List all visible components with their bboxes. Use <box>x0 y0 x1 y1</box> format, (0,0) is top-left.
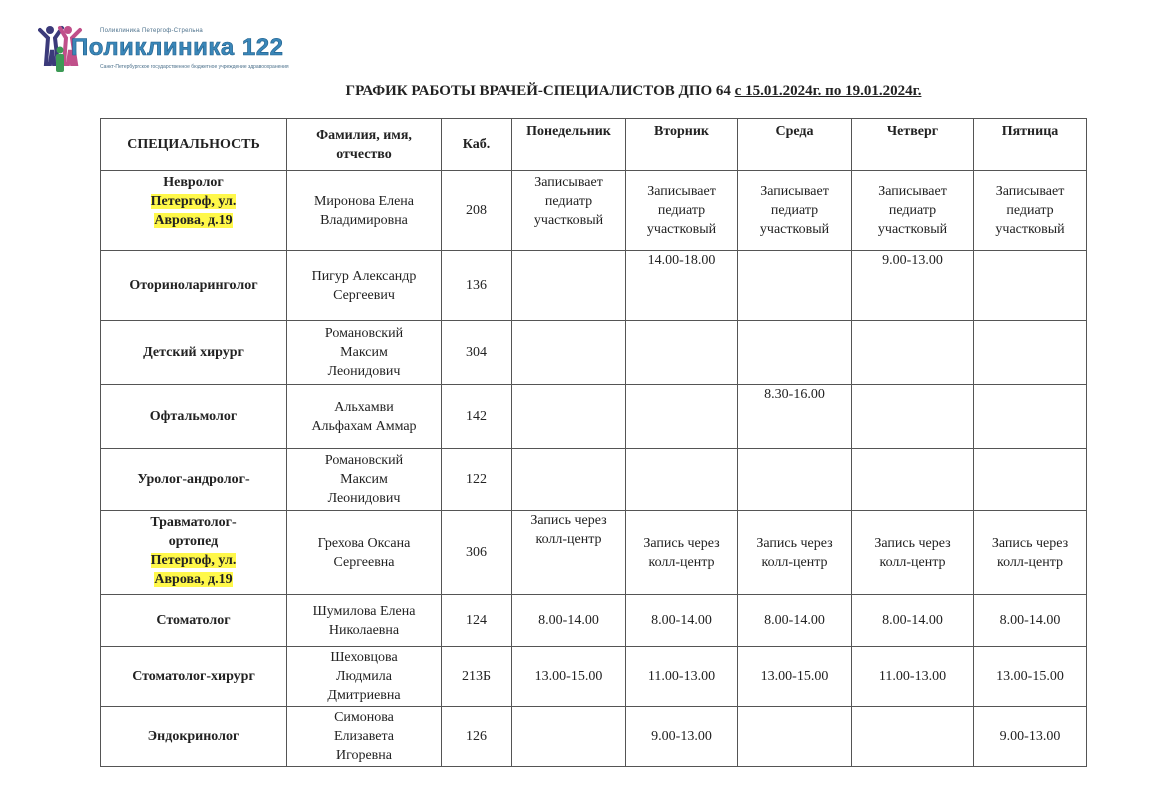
schedule-cell: 13.00-15.00 <box>512 647 626 707</box>
specialty-label: Уролог-андролог- <box>103 470 284 489</box>
table-row: Травматолог-ортопедПетергоф, ул. Аврова,… <box>101 511 1087 595</box>
schedule-cell: 11.00-13.00 <box>626 647 738 707</box>
column-header: Каб. <box>442 119 512 171</box>
schedule-cell <box>852 321 974 385</box>
doctor-name-cell: Романовский Максим Леонидович <box>287 449 442 511</box>
room-cell: 304 <box>442 321 512 385</box>
schedule-cell: 11.00-13.00 <box>852 647 974 707</box>
schedule-cell: 8.00-14.00 <box>738 595 852 647</box>
schedule-cell: 8.00-14.00 <box>974 595 1087 647</box>
schedule-cell <box>974 251 1087 321</box>
column-header: Вторник <box>626 119 738 171</box>
doctor-name-cell: Шумилова Елена Николаевна <box>287 595 442 647</box>
room-cell: 208 <box>442 171 512 251</box>
schedule-cell <box>974 321 1087 385</box>
doctor-name-cell: Романовский Максим Леонидович <box>287 321 442 385</box>
schedule-cell <box>512 251 626 321</box>
schedule-cell: 13.00-15.00 <box>974 647 1087 707</box>
schedule-cell <box>974 385 1087 449</box>
schedule-cell <box>852 707 974 767</box>
room-cell: 142 <box>442 385 512 449</box>
doctor-name-cell: Альхамви Альфахам Аммар <box>287 385 442 449</box>
specialty-label: Детский хирург <box>103 343 284 362</box>
schedule-cell <box>738 449 852 511</box>
schedule-cell <box>512 707 626 767</box>
location-highlight: Петергоф, ул. Аврова, д.19 <box>151 194 237 228</box>
room-cell: 306 <box>442 511 512 595</box>
specialty-label: Офтальмолог <box>103 407 284 426</box>
logo-brand: Поликлиника 122 <box>71 34 283 62</box>
column-header: СПЕЦИАЛЬНОСТЬ <box>101 119 287 171</box>
schedule-cell: 14.00-18.00 <box>626 251 738 321</box>
schedule-cell: Запись через колл-центр <box>852 511 974 595</box>
doctor-name-cell: Грехова Оксана Сергеевна <box>287 511 442 595</box>
column-header: Понедельник <box>512 119 626 171</box>
doctor-name-cell: Пигур Александр Сергеевич <box>287 251 442 321</box>
schedule-cell: 9.00-13.00 <box>852 251 974 321</box>
table-header-row: СПЕЦИАЛЬНОСТЬФамилия, имя, отчествоКаб.П… <box>101 119 1087 171</box>
specialty-label: Эндокринолог <box>103 727 284 746</box>
page-title: ГРАФИК РАБОТЫ ВРАЧЕЙ-СПЕЦИАЛИСТОВ ДПО 64… <box>0 83 1167 100</box>
schedule-cell: 13.00-15.00 <box>738 647 852 707</box>
table-row: ОфтальмологАльхамви Альфахам Аммар1428.3… <box>101 385 1087 449</box>
specialty-cell: Уролог-андролог- <box>101 449 287 511</box>
specialty-cell: Травматолог-ортопедПетергоф, ул. Аврова,… <box>101 511 287 595</box>
schedule-cell: 8.00-14.00 <box>626 595 738 647</box>
specialty-label: Оториноларинголог <box>103 276 284 295</box>
column-header: Среда <box>738 119 852 171</box>
schedule-cell: 9.00-13.00 <box>626 707 738 767</box>
schedule-cell: Записывает педиатр участковый <box>626 171 738 251</box>
table-row: Уролог-андролог-Романовский Максим Леони… <box>101 449 1087 511</box>
schedule-cell <box>852 385 974 449</box>
room-cell: 213Б <box>442 647 512 707</box>
schedule-cell: Записывает педиатр участковый <box>852 171 974 251</box>
schedule-cell <box>512 449 626 511</box>
room-cell: 124 <box>442 595 512 647</box>
specialty-cell: Стоматолог <box>101 595 287 647</box>
schedule-cell <box>626 449 738 511</box>
room-cell: 122 <box>442 449 512 511</box>
schedule-cell <box>512 385 626 449</box>
column-header: Фамилия, имя, отчество <box>287 119 442 171</box>
table-row: НеврологПетергоф, ул. Аврова, д.19Мироно… <box>101 171 1087 251</box>
schedule-cell <box>626 385 738 449</box>
schedule-cell <box>738 251 852 321</box>
table-row: Детский хирургРомановский Максим Леонидо… <box>101 321 1087 385</box>
room-cell: 126 <box>442 707 512 767</box>
location-label: Петергоф, ул. Аврова, д.19 <box>103 551 284 589</box>
doctor-name-cell: Шеховцова Людмила Дмитриевна <box>287 647 442 707</box>
schedule-cell: Запись через колл-центр <box>974 511 1087 595</box>
schedule-cell: Запись через колл-центр <box>512 511 626 595</box>
schedule-cell: 9.00-13.00 <box>974 707 1087 767</box>
schedule-cell <box>974 449 1087 511</box>
schedule-cell <box>512 321 626 385</box>
column-header: Пятница <box>974 119 1087 171</box>
location-label: Петергоф, ул. Аврова, д.19 <box>103 192 284 230</box>
schedule-cell: Записывает педиатр участковый <box>974 171 1087 251</box>
schedule-cell: Запись через колл-центр <box>626 511 738 595</box>
doctor-name-cell: Симонова Елизавета Игоревна <box>287 707 442 767</box>
specialty-label: Стоматолог-хирург <box>103 667 284 686</box>
specialty-cell: Стоматолог-хирург <box>101 647 287 707</box>
schedule-cell: 8.00-14.00 <box>852 595 974 647</box>
table-body: НеврологПетергоф, ул. Аврова, д.19Мироно… <box>101 171 1087 767</box>
specialty-cell: Эндокринолог <box>101 707 287 767</box>
schedule-cell <box>626 321 738 385</box>
schedule-cell: 8.00-14.00 <box>512 595 626 647</box>
schedule-cell <box>738 707 852 767</box>
room-cell: 136 <box>442 251 512 321</box>
specialty-cell: Офтальмолог <box>101 385 287 449</box>
title-main: ГРАФИК РАБОТЫ ВРАЧЕЙ-СПЕЦИАЛИСТОВ ДПО 64 <box>346 83 735 99</box>
schedule-cell: Записывает педиатр участковый <box>512 171 626 251</box>
logo-bottom-caption: Санкт-Петербургское государственное бюдж… <box>100 64 289 70</box>
schedule-cell: Записывает педиатр участковый <box>738 171 852 251</box>
schedule-cell <box>738 321 852 385</box>
specialty-cell: НеврологПетергоф, ул. Аврова, д.19 <box>101 171 287 251</box>
specialty-cell: Детский хирург <box>101 321 287 385</box>
schedule-cell: 8.30-16.00 <box>738 385 852 449</box>
table-row: ОториноларингологПигур Александр Сергеев… <box>101 251 1087 321</box>
clinic-logo: Поликлиника Петергоф-Стрельна Поликлиник… <box>38 24 278 76</box>
specialty-cell: Оториноларинголог <box>101 251 287 321</box>
title-dates: с 15.01.2024г. по 19.01.2024г. <box>735 83 922 99</box>
table-row: ЭндокринологСимонова Елизавета Игоревна1… <box>101 707 1087 767</box>
location-highlight: Петергоф, ул. Аврова, д.19 <box>151 553 237 587</box>
schedule-cell <box>852 449 974 511</box>
schedule-cell: Запись через колл-центр <box>738 511 852 595</box>
table-row: СтоматологШумилова Елена Николаевна1248.… <box>101 595 1087 647</box>
specialty-label: Стоматолог <box>103 611 284 630</box>
column-header: Четверг <box>852 119 974 171</box>
table-row: Стоматолог-хирургШеховцова Людмила Дмитр… <box>101 647 1087 707</box>
doctor-name-cell: Миронова Елена Владимировна <box>287 171 442 251</box>
specialty-label: Травматолог-ортопед <box>103 513 284 551</box>
schedule-table: СПЕЦИАЛЬНОСТЬФамилия, имя, отчествоКаб.П… <box>100 118 1087 767</box>
specialty-label: Невролог <box>103 173 284 192</box>
